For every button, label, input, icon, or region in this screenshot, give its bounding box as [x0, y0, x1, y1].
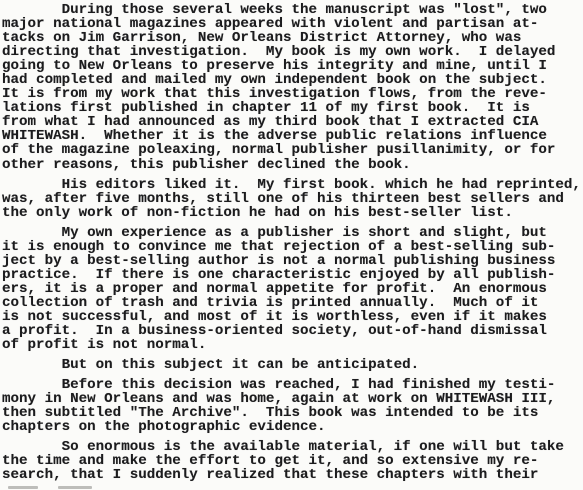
text-line: ers, it is a proper and normal appetite … [2, 282, 583, 296]
text-line: of the magazine poleaxing, normal publis… [2, 143, 583, 157]
text-line: collection of trash and trivia is printe… [2, 296, 583, 310]
text-line: a profit. In a business-oriented society… [2, 324, 583, 338]
text-line: practice. If there is one characteristic… [2, 268, 583, 282]
paragraph-3: My own experience as a publisher is shor… [2, 226, 583, 352]
clipped-next-line-mark [58, 486, 92, 489]
text-line: is not successful, and most of it is wor… [2, 310, 583, 324]
text-line: chapters on the photographic evidence. [2, 420, 583, 434]
text-line: was, after five months, still one of his… [2, 192, 583, 206]
document-page: During those several weeks the manuscrip… [0, 0, 583, 490]
paragraph-6: So enormous is the available material, i… [2, 440, 583, 482]
paragraph-1: During those several weeks the manuscrip… [2, 3, 583, 172]
text-line: ject by a best-selling author is not a n… [2, 254, 583, 268]
paragraph-2: His editors liked it. My first book. whi… [2, 178, 583, 220]
text-line: But on this subject it can be anticipate… [2, 358, 583, 372]
text-line: it is enough to convince me that rejecti… [2, 240, 583, 254]
text-line: During those several weeks the manuscrip… [2, 3, 583, 17]
text-line: the only work of non-fiction he had on h… [2, 206, 583, 220]
paragraph-5: Before this decision was reached, I had … [2, 378, 583, 434]
text-line: other reasons, this publisher declined t… [2, 158, 583, 172]
text-line: search, that I suddenly realized that th… [2, 468, 583, 482]
clipped-next-line-mark [8, 486, 38, 489]
text-line: major national magazines appeared with v… [2, 17, 583, 31]
text-line: My own experience as a publisher is shor… [2, 226, 583, 240]
paragraph-4: But on this subject it can be anticipate… [2, 358, 583, 372]
text-line: His editors liked it. My first book. whi… [2, 178, 583, 192]
text-line: of profit is not normal. [2, 338, 583, 352]
